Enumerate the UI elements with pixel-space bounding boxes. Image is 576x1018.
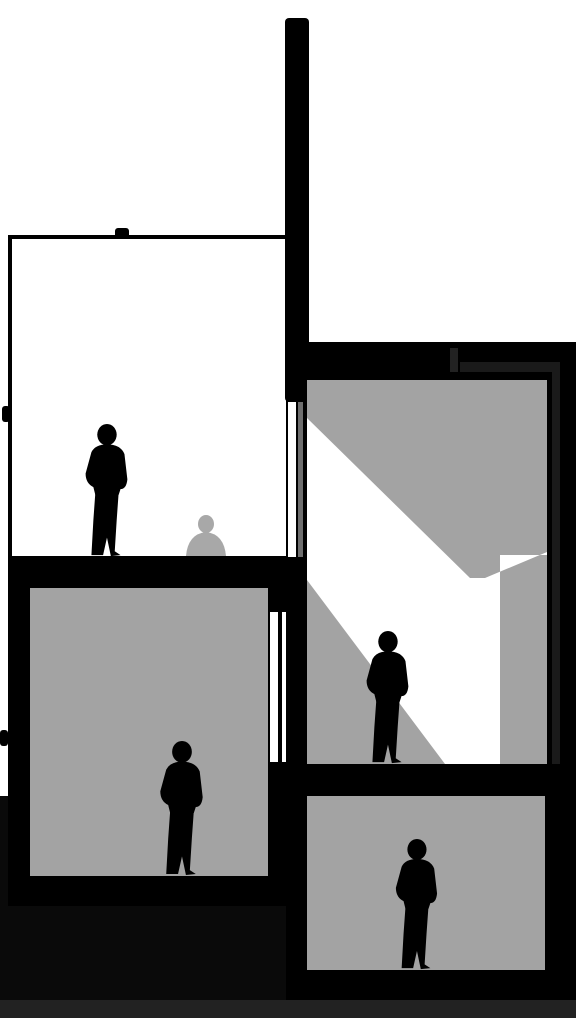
upper-right-room — [286, 342, 576, 802]
lower-left-room — [0, 556, 306, 906]
section-drawing — [0, 0, 576, 1018]
